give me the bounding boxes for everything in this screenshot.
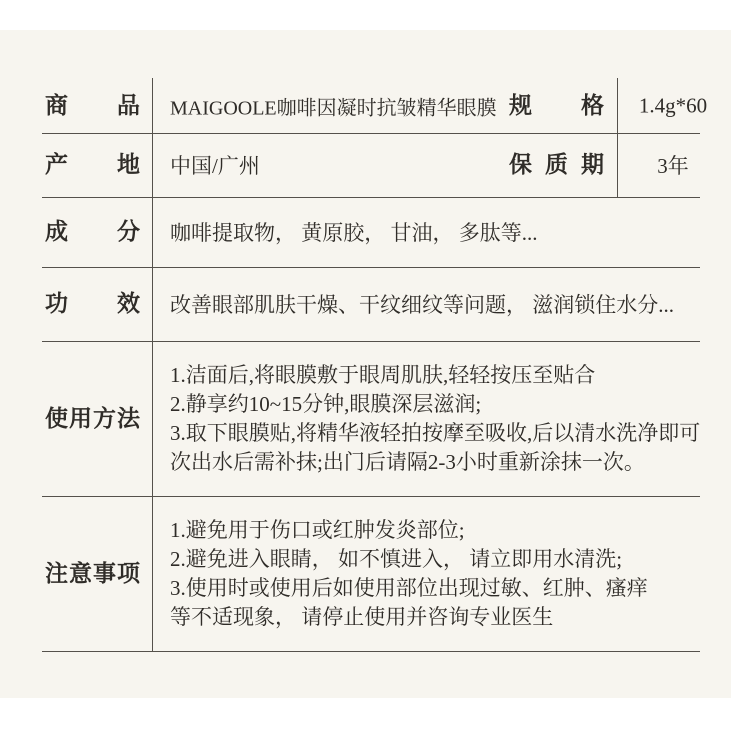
origin-value: 中国/广州 — [170, 150, 260, 180]
efficacy-value: 改善眼部肌肤干燥、干纹细纹等问题， 滋润锁住水分... — [170, 289, 674, 319]
usage-step: 3.取下眼膜贴,将精华液轻拍按摩至吸收,后以清水洗净即可 — [170, 419, 700, 448]
precaution-item: 2.避免进入眼睛， 如不慎进入， 请立即用水清洗; — [170, 545, 648, 574]
spec-value: 1.4g*60 — [617, 93, 729, 118]
product-name: MAIGOOLE咖啡因凝时抗皱精华眼膜 — [170, 91, 497, 120]
precautions-list: 1.避免用于伤口或红肿发炎部位; 2.避免进入眼睛， 如不慎进入， 请立即用水清… — [170, 516, 648, 632]
product-spec-sheet: 商品 MAIGOOLE咖啡因凝时抗皱精华眼膜 规格 1.4g*60 产地 中国/… — [0, 0, 731, 731]
row-origin: 产地 中国/广州 保质期 3年 — [42, 133, 731, 197]
shelf-life-label: 保质期 — [509, 152, 604, 178]
precautions-label: 注意事项 — [45, 560, 140, 586]
product-label: 商品 — [45, 92, 140, 118]
spec-label: 规格 — [509, 92, 604, 118]
precaution-item: 等不适现象， 请停止使用并咨询专业医生 — [170, 603, 648, 632]
usage-step: 2.静享约10~15分钟,眼膜深层滋润; — [170, 390, 700, 419]
row-ingredients: 成分 咖啡提取物， 黄原胶， 甘油， 多肽等... — [42, 197, 731, 267]
usage-step: 1.洁面后,将眼膜敷于眼周肌肤,轻轻按压至贴合 — [170, 361, 700, 390]
efficacy-label: 功效 — [45, 291, 140, 317]
usage-step: 次出水后需补抹;出门后请隔2-3小时重新涂抹一次。 — [170, 448, 700, 477]
row-precautions: 注意事项 1.避免用于伤口或红肿发炎部位; 2.避免进入眼睛， 如不慎进入， 请… — [42, 496, 731, 651]
row-usage: 使用方法 1.洁面后,将眼膜敷于眼周肌肤,轻轻按压至贴合 2.静享约10~15分… — [42, 341, 731, 496]
row-efficacy: 功效 改善眼部肌肤干燥、干纹细纹等问题， 滋润锁住水分... — [42, 267, 731, 341]
precaution-item: 1.避免用于伤口或红肿发炎部位; — [170, 516, 648, 545]
table-bottom-line — [42, 651, 700, 652]
origin-label: 产地 — [45, 152, 140, 178]
ingredients-value: 咖啡提取物， 黄原胶， 甘油， 多肽等... — [170, 217, 538, 247]
shelf-life-value: 3年 — [617, 150, 729, 180]
ingredients-label: 成分 — [45, 219, 140, 245]
usage-label: 使用方法 — [45, 405, 140, 431]
precaution-item: 3.使用时或使用后如使用部位出现过敏、红肿、瘙痒 — [170, 574, 648, 603]
usage-instructions: 1.洁面后,将眼膜敷于眼周肌肤,轻轻按压至贴合 2.静享约10~15分钟,眼膜深… — [170, 361, 700, 477]
row-product: 商品 MAIGOOLE咖啡因凝时抗皱精华眼膜 规格 1.4g*60 — [42, 78, 731, 133]
